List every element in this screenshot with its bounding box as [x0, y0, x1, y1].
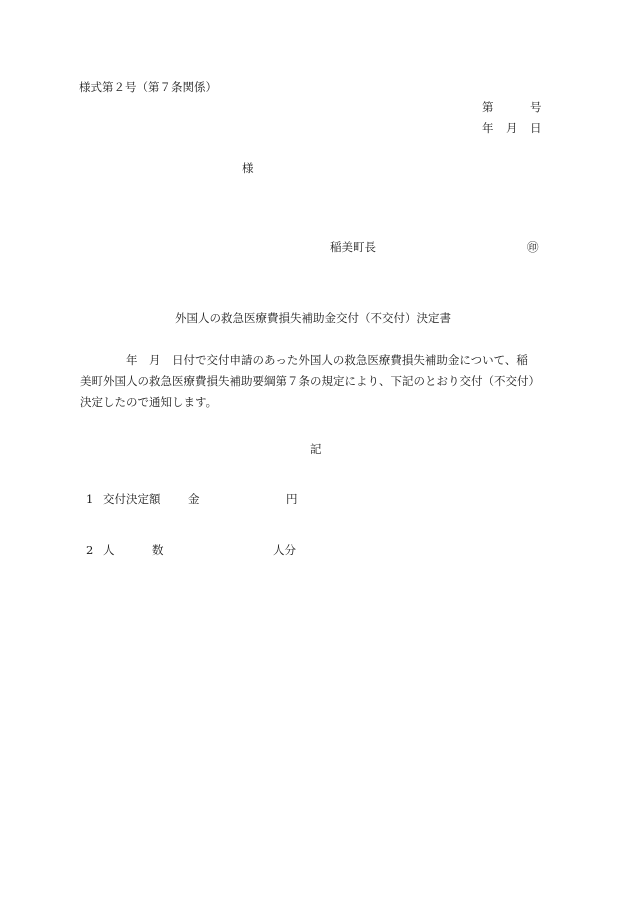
document-number-prefix: 第 [482, 102, 494, 114]
seal-mark: ㊞ [527, 242, 539, 254]
date-year: 年 [482, 123, 494, 135]
item-2-label-b: 数 [152, 545, 164, 557]
addressee-suffix: 様 [242, 163, 254, 175]
item-1-number: 1 [86, 494, 93, 506]
body-line-1: 年 月 日付で交付申請のあった外国人の救急医療費損失補助金について、稲 [80, 350, 550, 371]
body-paragraph: 年 月 日付で交付申請のあった外国人の救急医療費損失補助金について、稲 美町外国… [80, 350, 550, 413]
ki-heading: 記 [310, 444, 322, 456]
document-title: 外国人の救急医療費損失補助金交付（不交付）決定書 [175, 313, 451, 325]
item-2-unit: 人分 [273, 545, 296, 557]
item-1-label: 交付決定額 [103, 494, 161, 506]
body-line-3: 決定したので通知します。 [80, 392, 550, 413]
issuer-name: 稲美町長 [330, 242, 376, 254]
item-2-number: 2 [86, 545, 93, 557]
date-day: 日 [530, 123, 542, 135]
item-2-label-a: 人 [103, 545, 115, 557]
body-line-2: 美町外国人の救急医療費損失補助要綱第７条の規定により、下記のとおり交付（不交付） [80, 371, 550, 392]
item-1-prefix: 金 [188, 494, 200, 506]
date-month: 月 [506, 123, 518, 135]
form-label: 様式第２号（第７条関係） [79, 82, 217, 94]
document-number-suffix: 号 [530, 102, 542, 114]
item-1-unit: 円 [286, 494, 298, 506]
